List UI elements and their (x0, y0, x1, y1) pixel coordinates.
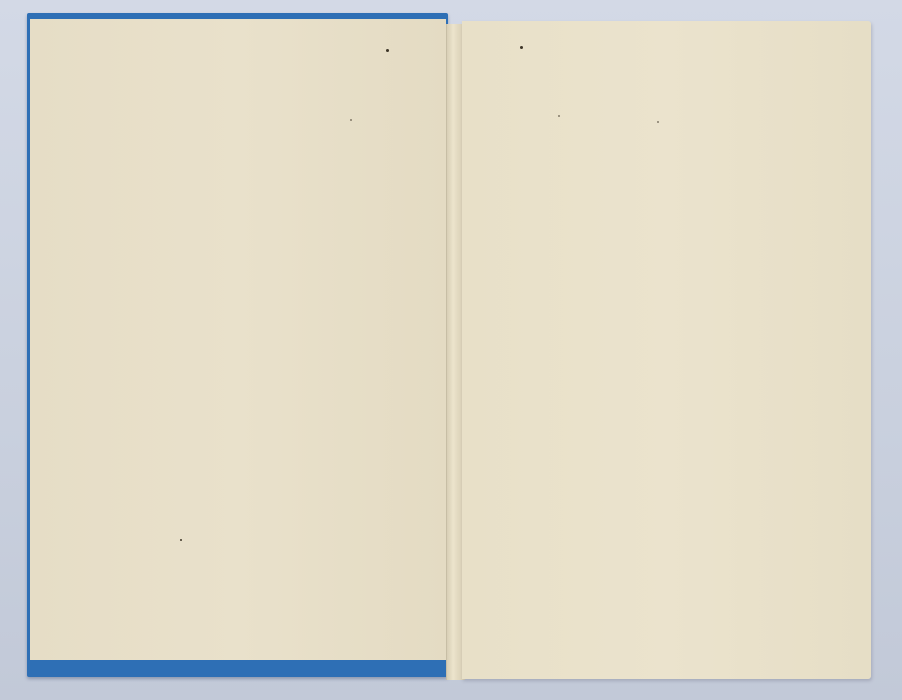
paper-speck (180, 539, 182, 541)
photo-scene (0, 0, 902, 700)
paper-speck (558, 115, 560, 117)
left-endpaper (30, 19, 446, 660)
right-endpaper (462, 21, 871, 679)
paper-speck (657, 121, 659, 123)
paper-speck (386, 49, 389, 52)
paper-speck (520, 46, 523, 49)
paper-speck (350, 119, 352, 121)
